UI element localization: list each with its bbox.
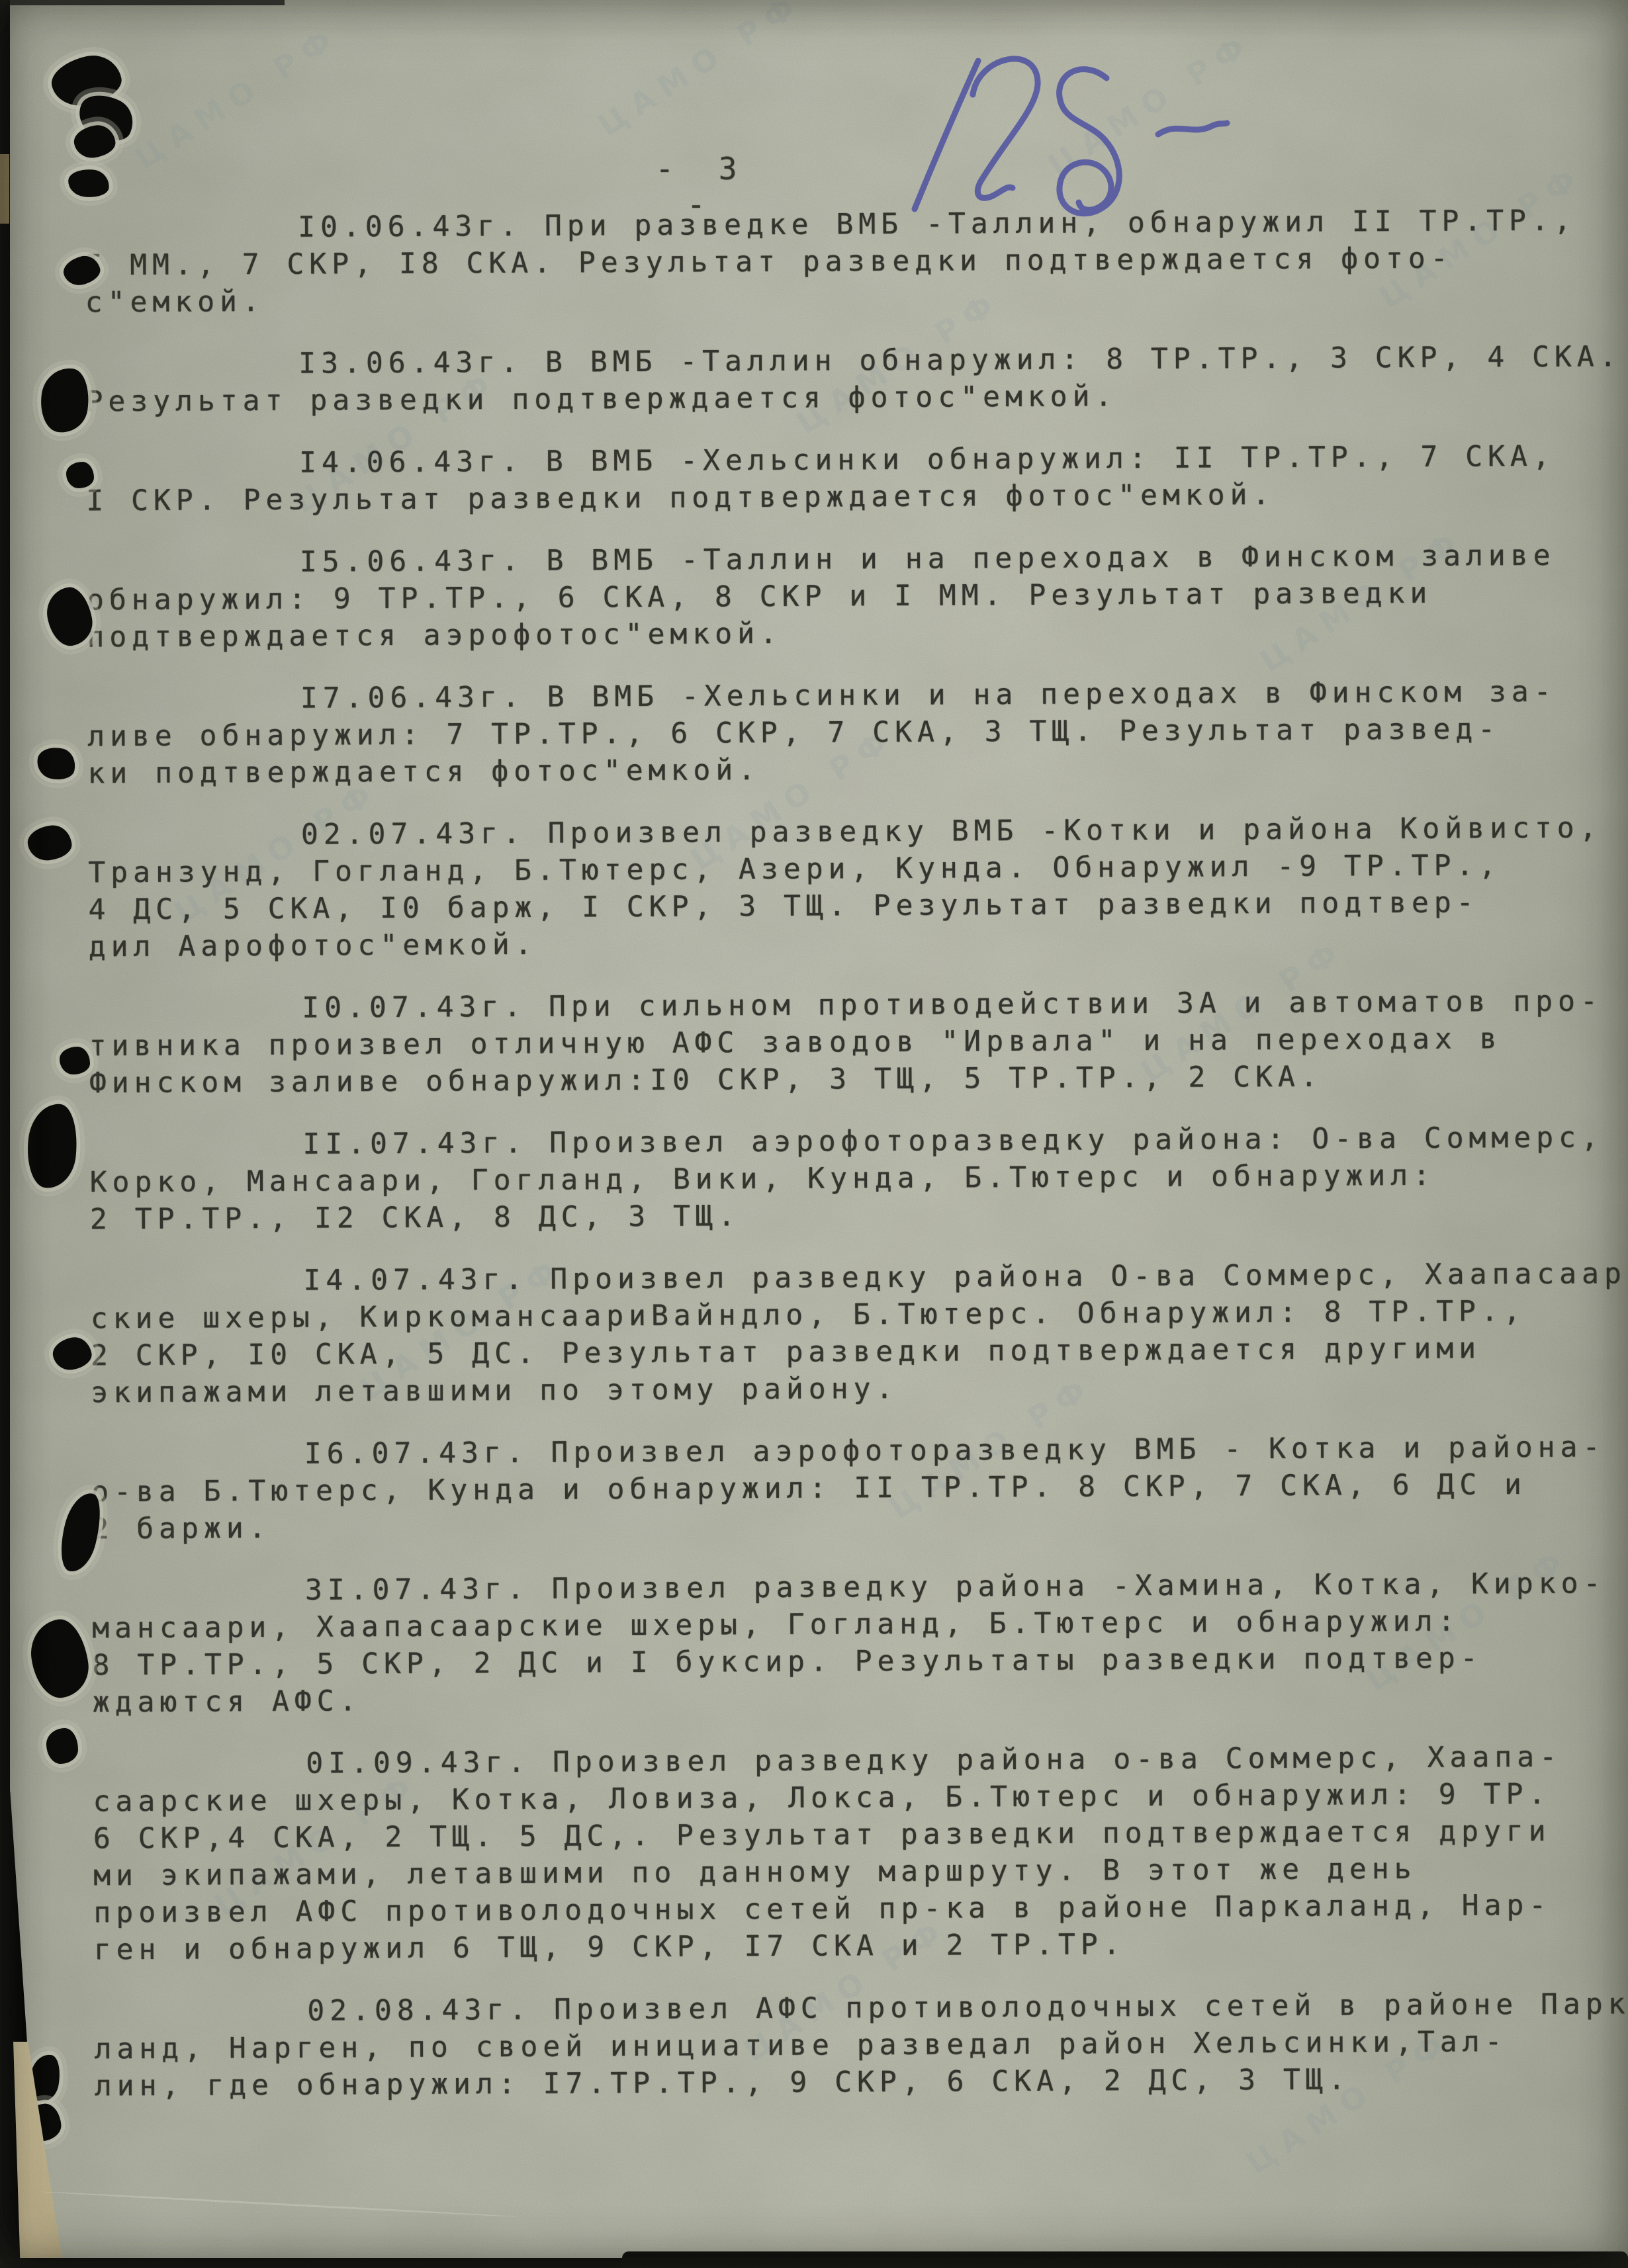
handwritten-page-number: 128 —	[893, 32, 1357, 230]
paragraph: 02.07.43г. Произвел разведку ВМБ -Котки …	[88, 808, 1628, 965]
text-line: ген и обнаружил 6 ТЩ, 9 СКР, I7 СКА и 2 …	[94, 1923, 1628, 1968]
text-line: I СКР. Результат разведки подтверждается…	[86, 474, 1628, 519]
archive-watermark: ЦАМО РФ	[128, 18, 345, 176]
text-line: ки подтверждается фотос"емкой.	[87, 746, 1628, 792]
paragraph: I4.06.43г. В ВМБ -Хельсинки обнаружил: I…	[86, 437, 1628, 519]
paragraph: I7.06.43г. В ВМБ -Хельсинки и на переход…	[87, 672, 1628, 792]
paragraph: 3I.07.43г. Произвел разведку района -Хам…	[92, 1564, 1628, 1721]
torn-hole	[46, 1728, 78, 1764]
paper-edge-fragment	[0, 154, 9, 224]
scanner-edge-top	[0, 0, 285, 5]
text-line: Финском заливе обнаружил:I0 СКР, 3 ТЩ, 5…	[89, 1056, 1628, 1102]
ink-stroke-digit-8	[1060, 69, 1120, 214]
paragraph: I4.07.43г. Произвел разведку района О-ва…	[90, 1254, 1628, 1411]
torn-hole	[66, 462, 94, 488]
text-line: Результат разведки подтверждается фотос"…	[85, 374, 1628, 420]
text-line: экипажами летавшими по этому району.	[91, 1366, 1628, 1411]
text-line: 2 ТР.ТР., I2 СКА, 8 ДС, 3 ТЩ.	[90, 1192, 1628, 1238]
ink-stroke-digit-1	[915, 61, 978, 209]
paragraph: 02.08.43г. Произвел АФС противолодочных …	[94, 1985, 1628, 2105]
scanner-edge-bottom-right	[622, 2251, 1628, 2268]
paragraph: I0.06.43г. При разведке ВМБ -Таллин, обн…	[85, 201, 1628, 321]
text-line: подтверждается аэрофотос"емкой.	[87, 610, 1628, 656]
paragraph: I3.06.43г. В ВМБ -Таллин обнаружил: 8 ТР…	[85, 337, 1628, 420]
paragraph: I6.07.43г. Произвел аэрофоторазведку ВМБ…	[91, 1428, 1628, 1548]
scanned-document-page: ЦАМО РФЦАМО РФЦАМО РФЦАМО РФЦАМО РФЦАМО …	[0, 0, 1628, 2268]
torn-hole	[60, 1047, 90, 1074]
paragraph: I5.06.43г. В ВМБ -Таллин и на переходах …	[87, 536, 1628, 656]
paper-crease	[40, 2191, 516, 2218]
archive-watermark: ЦАМО РФ	[592, 0, 809, 144]
text-line: с"емкой.	[85, 275, 1628, 321]
ink-stroke-dash	[1158, 123, 1227, 134]
paragraph: I0.07.43г. При сильном противодействии З…	[89, 982, 1628, 1102]
paragraph: II.07.43г. Произвел аэрофоторазведку рай…	[89, 1118, 1628, 1238]
handwriting-ink-strokes	[893, 32, 1357, 230]
paragraph: 0I.09.43г. Произвел разведку района о-ва…	[93, 1737, 1628, 1968]
ink-stroke-digit-2	[973, 59, 1038, 198]
text-line: лин, где обнаружил: I7.ТР.ТР., 9 СКР, 6 …	[95, 2059, 1628, 2105]
document-text: I0.06.43г. При разведке ВМБ -Таллин, обн…	[0, 201, 1628, 2130]
text-line: ждаются АФС.	[93, 1675, 1628, 1721]
text-line: дил Аарофотос"емкой.	[89, 920, 1628, 965]
text-line: 2 баржи.	[91, 1502, 1628, 1548]
torn-hole	[67, 167, 110, 198]
